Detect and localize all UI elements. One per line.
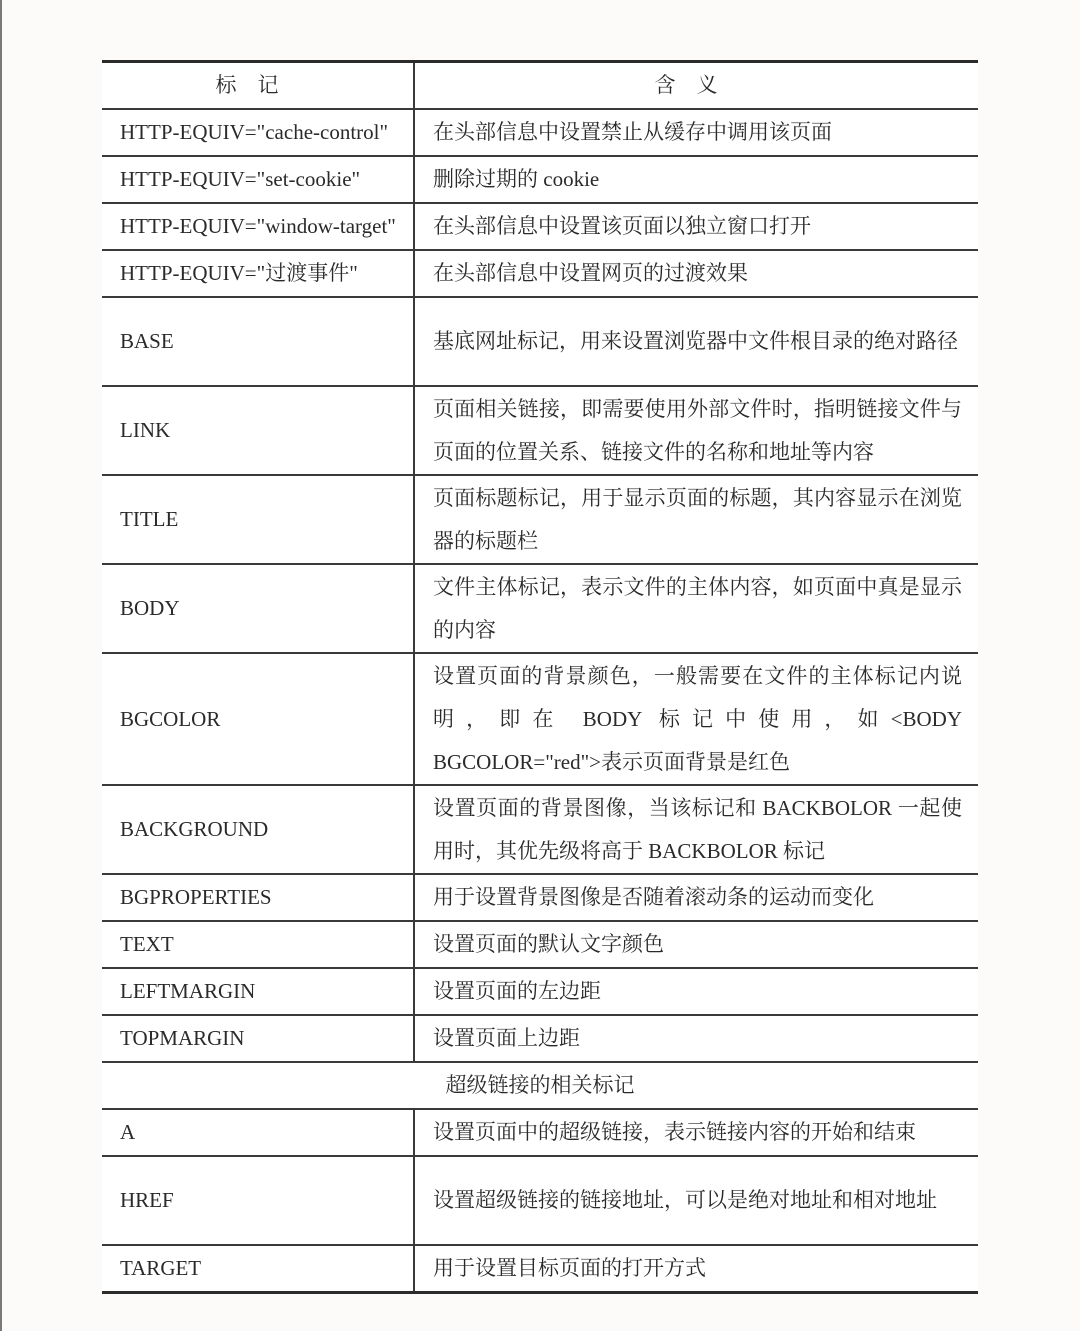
table-row: BASE 基底网址标记，用来设置浏览器中文件根目录的绝对路径 — [102, 297, 978, 386]
table-row: LEFTMARGIN 设置页面的左边距 — [102, 968, 978, 1015]
table-row: HTTP-EQUIV="过渡事件" 在头部信息中设置网页的过渡效果 — [102, 250, 978, 297]
meaning-cell: 在头部信息中设置禁止从缓存中调用该页面 — [414, 109, 978, 156]
table-row: BGPROPERTIES 用于设置背景图像是否随着滚动条的运动而变化 — [102, 874, 978, 921]
table-row: BGCOLOR 设置页面的背景颜色，一般需要在文件的主体标记内说明，即在 BOD… — [102, 653, 978, 785]
meaning-cell: 用于设置目标页面的打开方式 — [414, 1245, 978, 1293]
meaning-cell: 设置页面上边距 — [414, 1015, 978, 1062]
table-row: HTTP-EQUIV="window-target" 在头部信息中设置该页面以独… — [102, 203, 978, 250]
tag-cell: BGPROPERTIES — [102, 874, 414, 921]
meaning-cell: 设置超级链接的链接地址，可以是绝对地址和相对地址 — [414, 1156, 978, 1245]
meaning-cell: 设置页面的默认文字颜色 — [414, 921, 978, 968]
tag-cell: BASE — [102, 297, 414, 386]
meaning-cell: 设置页面中的超级链接，表示链接内容的开始和结束 — [414, 1109, 978, 1156]
meaning-cell: 在头部信息中设置网页的过渡效果 — [414, 250, 978, 297]
tag-cell: HTTP-EQUIV="set-cookie" — [102, 156, 414, 203]
meaning-cell: 设置页面的左边距 — [414, 968, 978, 1015]
header-meaning: 含义 — [414, 62, 978, 110]
tag-cell: TITLE — [102, 475, 414, 564]
meaning-cell: 删除过期的 cookie — [414, 156, 978, 203]
table-row: HREF 设置超级链接的链接地址，可以是绝对地址和相对地址 — [102, 1156, 978, 1245]
table-row: TOPMARGIN 设置页面上边距 — [102, 1015, 978, 1062]
tag-cell: BGCOLOR — [102, 653, 414, 785]
tag-cell: TOPMARGIN — [102, 1015, 414, 1062]
html-tags-table: 标记 含义 HTTP-EQUIV="cache-control" 在头部信息中设… — [102, 60, 978, 1294]
tag-cell: TARGET — [102, 1245, 414, 1293]
table-row: TARGET 用于设置目标页面的打开方式 — [102, 1245, 978, 1293]
section-title: 超级链接的相关标记 — [102, 1062, 978, 1109]
meaning-cell: 用于设置背景图像是否随着滚动条的运动而变化 — [414, 874, 978, 921]
document-page: 标记 含义 HTTP-EQUIV="cache-control" 在头部信息中设… — [102, 60, 978, 1294]
meaning-cell: 页面标题标记，用于显示页面的标题，其内容显示在浏览器的标题栏 — [414, 475, 978, 564]
table-header-row: 标记 含义 — [102, 62, 978, 110]
meaning-cell: 设置页面的背景图像，当该标记和 BACKBOLOR 一起使用时，其优先级将高于 … — [414, 785, 978, 874]
meaning-cell: 页面相关链接，即需要使用外部文件时，指明链接文件与页面的位置关系、链接文件的名称… — [414, 386, 978, 475]
table-row: BODY 文件主体标记，表示文件的主体内容，如页面中真是显示的内容 — [102, 564, 978, 653]
tag-cell: LINK — [102, 386, 414, 475]
table-row: TEXT 设置页面的默认文字颜色 — [102, 921, 978, 968]
meaning-cell: 文件主体标记，表示文件的主体内容，如页面中真是显示的内容 — [414, 564, 978, 653]
section-row: 超级链接的相关标记 — [102, 1062, 978, 1109]
tag-cell: HREF — [102, 1156, 414, 1245]
meaning-cell: 在头部信息中设置该页面以独立窗口打开 — [414, 203, 978, 250]
tag-cell: LEFTMARGIN — [102, 968, 414, 1015]
tag-cell: HTTP-EQUIV="window-target" — [102, 203, 414, 250]
page-edge — [0, 0, 2, 1331]
meaning-cell: 基底网址标记，用来设置浏览器中文件根目录的绝对路径 — [414, 297, 978, 386]
meaning-cell: 设置页面的背景颜色，一般需要在文件的主体标记内说明，即在 BODY 标记中使用，… — [414, 653, 978, 785]
tag-cell: HTTP-EQUIV="过渡事件" — [102, 250, 414, 297]
tag-cell: A — [102, 1109, 414, 1156]
table-row: BACKGROUND 设置页面的背景图像，当该标记和 BACKBOLOR 一起使… — [102, 785, 978, 874]
table-row: A 设置页面中的超级链接，表示链接内容的开始和结束 — [102, 1109, 978, 1156]
tag-cell: BACKGROUND — [102, 785, 414, 874]
tag-cell: BODY — [102, 564, 414, 653]
header-tag: 标记 — [102, 62, 414, 110]
table-row: LINK 页面相关链接，即需要使用外部文件时，指明链接文件与页面的位置关系、链接… — [102, 386, 978, 475]
table-row: TITLE 页面标题标记，用于显示页面的标题，其内容显示在浏览器的标题栏 — [102, 475, 978, 564]
table-row: HTTP-EQUIV="cache-control" 在头部信息中设置禁止从缓存… — [102, 109, 978, 156]
table-row: HTTP-EQUIV="set-cookie" 删除过期的 cookie — [102, 156, 978, 203]
tag-cell: HTTP-EQUIV="cache-control" — [102, 109, 414, 156]
tag-cell: TEXT — [102, 921, 414, 968]
